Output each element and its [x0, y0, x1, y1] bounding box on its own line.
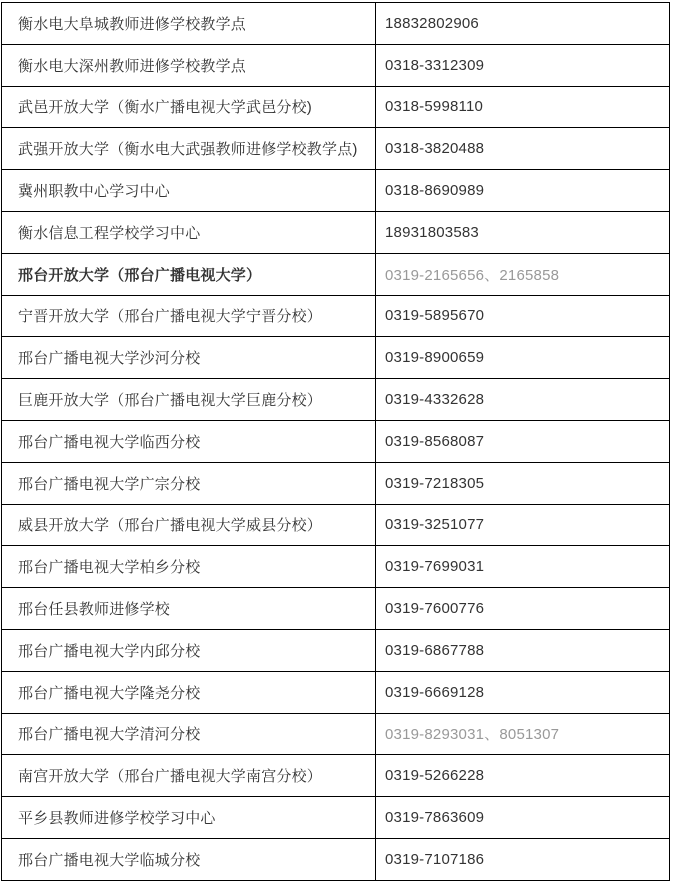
table-row: 冀州职教中心学习中心 0318-8690989: [2, 170, 669, 212]
phone-number-cell: 0319-7218305: [376, 463, 669, 504]
school-name-cell: 邢台广播电视大学柏乡分校: [2, 546, 376, 587]
table-row: 宁晋开放大学（邢台广播电视大学宁晋分校） 0319-5895670: [2, 296, 669, 338]
school-name-cell: 邢台任县教师进修学校: [2, 588, 376, 629]
phone-number-cell: 0319-7600776: [376, 588, 669, 629]
phone-number-cell: 0319-3251077: [376, 505, 669, 546]
school-name-cell: 武邑开放大学（衡水广播电视大学武邑分校): [2, 87, 376, 128]
school-name-cell: 冀州职教中心学习中心: [2, 170, 376, 211]
phone-number-cell: 0318-3312309: [376, 45, 669, 86]
phone-number-cell: 0319-2165656、2165858: [376, 254, 669, 295]
school-name-cell: 衡水信息工程学校学习中心: [2, 212, 376, 253]
school-name-cell: 南宫开放大学（邢台广播电视大学南宫分校）: [2, 755, 376, 796]
phone-number-cell: 0319-5266228: [376, 755, 669, 796]
phone-number-cell: 0319-7107186: [376, 839, 669, 880]
table-row: 邢台任县教师进修学校 0319-7600776: [2, 588, 669, 630]
table-row: 平乡县教师进修学校学习中心 0319-7863609: [2, 797, 669, 839]
school-name-cell: 邢台广播电视大学广宗分校: [2, 463, 376, 504]
school-name-cell: 邢台开放大学（邢台广播电视大学）: [2, 254, 376, 295]
school-name-cell: 邢台广播电视大学隆尧分校: [2, 672, 376, 713]
table-row: 威县开放大学（邢台广播电视大学威县分校） 0319-3251077: [2, 505, 669, 547]
table-row: 邢台广播电视大学清河分校 0319-8293031、8051307: [2, 714, 669, 756]
school-name-cell: 邢台广播电视大学临西分校: [2, 421, 376, 462]
phone-directory-table: 衡水电大阜城教师进修学校教学点 18832802906 衡水电大深州教师进修学校…: [1, 2, 670, 881]
school-name-cell: 平乡县教师进修学校学习中心: [2, 797, 376, 838]
phone-number-cell: 0319-4332628: [376, 379, 669, 420]
table-row: 衡水电大阜城教师进修学校教学点 18832802906: [2, 3, 669, 45]
table-row: 邢台广播电视大学内邱分校 0319-6867788: [2, 630, 669, 672]
table-row: 巨鹿开放大学（邢台广播电视大学巨鹿分校） 0319-4332628: [2, 379, 669, 421]
school-name-cell: 邢台广播电视大学沙河分校: [2, 337, 376, 378]
table-row: 邢台广播电视大学沙河分校 0319-8900659: [2, 337, 669, 379]
table-row: 邢台广播电视大学广宗分校 0319-7218305: [2, 463, 669, 505]
table-row: 武强开放大学（衡水电大武强教师进修学校教学点) 0318-3820488: [2, 128, 669, 170]
table-row: 衡水信息工程学校学习中心 18931803583: [2, 212, 669, 254]
table-row: 邢台广播电视大学临西分校 0319-8568087: [2, 421, 669, 463]
phone-number-cell: 0319-8900659: [376, 337, 669, 378]
phone-number-cell: 0319-8293031、8051307: [376, 714, 669, 755]
phone-number-cell: 0319-5895670: [376, 296, 669, 337]
phone-number-cell: 0318-3820488: [376, 128, 669, 169]
school-name-cell: 威县开放大学（邢台广播电视大学威县分校）: [2, 505, 376, 546]
table-row: 武邑开放大学（衡水广播电视大学武邑分校) 0318-5998110: [2, 87, 669, 129]
school-name-cell: 衡水电大阜城教师进修学校教学点: [2, 3, 376, 44]
table-row: 邢台广播电视大学临城分校 0319-7107186: [2, 839, 669, 881]
table-row: 南宫开放大学（邢台广播电视大学南宫分校） 0319-5266228: [2, 755, 669, 797]
school-name-cell: 巨鹿开放大学（邢台广播电视大学巨鹿分校）: [2, 379, 376, 420]
phone-number-cell: 0319-7863609: [376, 797, 669, 838]
phone-number-cell: 18832802906: [376, 3, 669, 44]
school-name-cell: 邢台广播电视大学内邱分校: [2, 630, 376, 671]
table-row: 邢台广播电视大学隆尧分校 0319-6669128: [2, 672, 669, 714]
school-name-cell: 邢台广播电视大学清河分校: [2, 714, 376, 755]
phone-number-cell: 0318-8690989: [376, 170, 669, 211]
phone-number-cell: 0319-6669128: [376, 672, 669, 713]
school-name-cell: 衡水电大深州教师进修学校教学点: [2, 45, 376, 86]
phone-number-cell: 0319-8568087: [376, 421, 669, 462]
school-name-cell: 武强开放大学（衡水电大武强教师进修学校教学点): [2, 128, 376, 169]
school-name-cell: 邢台广播电视大学临城分校: [2, 839, 376, 880]
phone-number-cell: 0319-7699031: [376, 546, 669, 587]
table-row: 衡水电大深州教师进修学校教学点 0318-3312309: [2, 45, 669, 87]
table-row: 邢台广播电视大学柏乡分校 0319-7699031: [2, 546, 669, 588]
phone-number-cell: 0318-5998110: [376, 87, 669, 128]
phone-number-cell: 18931803583: [376, 212, 669, 253]
phone-number-cell: 0319-6867788: [376, 630, 669, 671]
school-name-cell: 宁晋开放大学（邢台广播电视大学宁晋分校）: [2, 296, 376, 337]
table-row: 邢台开放大学（邢台广播电视大学） 0319-2165656、2165858: [2, 254, 669, 296]
